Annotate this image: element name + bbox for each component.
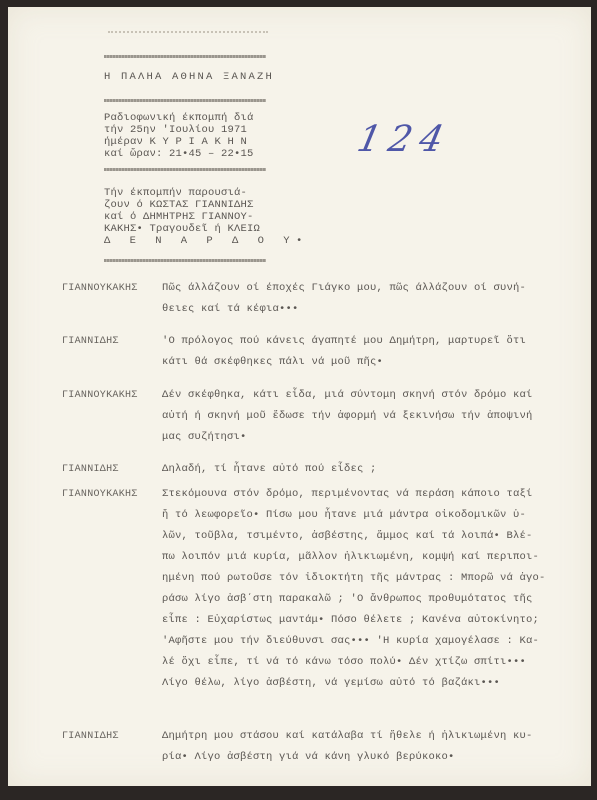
speaker-label: ΓΙΑΝΝΙΔΗΣ: [62, 336, 119, 347]
dialogue-line: Δημήτρη μου στάσου καί κατάλαβα τί ἤθελε…: [162, 730, 533, 742]
dialogue-line: λέ ὄχι εἶπε, τί νά τό κάνω τόσο πολύ• Δέ…: [162, 656, 526, 668]
speaker-label: ΓΙΑΝΝΙΔΗΣ: [62, 731, 119, 742]
dialogue-line: 'Ο πρόλογος πού κάνεις άγαπητέ μου Δημήτ…: [162, 335, 526, 347]
header-rule-bottom: [104, 259, 266, 262]
dialogue-line: κάτι θά σκέφθηκες πάλι νά μοῦ πῆς•: [162, 356, 383, 368]
dialogue-line: Λίγο θέλω, λίγο ἀσβέστη, νά γεμίσω αὐτό …: [162, 677, 500, 689]
presenters-line: Δ Ε Ν Α Ρ Δ Ο Υ•: [104, 235, 309, 247]
dialogue-line: Πῶς άλλάζουν οί έποχές Γιάγκο μου, πῶς ά…: [162, 282, 526, 294]
presenters-line: Τήν έκπομπήν παρουσιά-: [104, 187, 247, 199]
presenters-line: ΚΑΚΗΣ• Τραγουδεῖ ή ΚΛΕΙΩ: [104, 223, 260, 235]
dialogue-line: εἶπε : Εὐχαρίστως μαντάμ• Πόσο θέλετε ; …: [162, 614, 539, 626]
program-title: Η ΠΑΛΗΑ ΑΘΗΝΑ ΞΑΝΑΖΗ: [104, 71, 274, 83]
broadcast-info-line: καί ὥραν: 21•45 – 22•15: [104, 148, 254, 160]
presenters-line: καί ό ΔΗΜΗΤΡΗΣ ΓΙΑΝΝΟΥ-: [104, 211, 254, 223]
dialogue-line: ρία• Λίγο ἀσβέστη γιά νά κάνη γλυκό βερύ…: [162, 751, 455, 763]
broadcast-info-line: Ραδιοφωνική έκπομπή διά: [104, 112, 254, 124]
dialogue-line: Δηλαδή, τί ἦτανε αὐτό πού εἶδες ;: [162, 463, 377, 475]
speaker-label: ΓΙΑΝΝΙΔΗΣ: [62, 464, 119, 475]
header-rule-title: [104, 99, 266, 102]
dotted-divider: [108, 31, 268, 35]
typewritten-page: Η ΠΑΛΗΑ ΑΘΗΝΑ ΞΑΝΑΖΗ Ραδιοφωνική έκπομπή…: [8, 7, 591, 786]
header-rule-info: [104, 168, 266, 171]
broadcast-info-line: τήν 25ην 'Ιουλίου 1971: [104, 124, 247, 136]
dialogue-line: θειες καί τά κέφια•••: [162, 303, 299, 315]
dialogue-line: ημένη πού ρωτοῦσε τόν ἰδιοκτήτη τῆς μάντ…: [162, 572, 546, 584]
dialogue-line: πω λοιπόν μιά κυρία, μᾶλλον ἡλικιωμένη, …: [162, 551, 539, 563]
broadcast-info-line: ήμέραν Κ Υ Ρ Ι Α Κ Η Ν: [104, 136, 247, 148]
speaker-label: ΓΙΑΝΝΟΥΚΑΚΗΣ: [62, 283, 138, 294]
dialogue-line: Δέν σκέφθηκα, κάτι εἶδα, μιά σύντομη σκη…: [162, 389, 533, 401]
dialogue-line: μας συζήτησι•: [162, 431, 247, 443]
dialogue-line: λῶν, τοῦβλα, τσιμέντο, ἀσβέστης, ἄμμος κ…: [162, 530, 533, 542]
presenters-line: ζουν ό ΚΩΣΤΑΣ ΓΙΑΝΝΙΔΗΣ: [104, 199, 254, 211]
handwritten-page-number: 124: [354, 119, 455, 160]
dialogue-line: ἤ τό λεωφορεῖο• Πίσω μου ἦτανε μιά μάντρ…: [162, 509, 526, 521]
speaker-label: ΓΙΑΝΝΟΥΚΑΚΗΣ: [62, 390, 138, 401]
dialogue-line: 'Αφῆστε μου τήν διεύθυνσι σας••• 'Η κυρί…: [162, 635, 539, 647]
dialogue-line: ράσω λίγο ἀσβ΄στη παρακαλῶ ; 'Ο ἄνθρωπος…: [162, 593, 533, 605]
speaker-label: ΓΙΑΝΝΟΥΚΑΚΗΣ: [62, 489, 138, 500]
header-rule-top: [104, 55, 266, 58]
dialogue-line: Στεκόμουνα στόν δρόμο, περιμένοντας νά π…: [162, 488, 533, 500]
dialogue-line: αὐτή ή σκηνή μοῦ ἔδωσε τήν ἀφορμή νά ξεκ…: [162, 410, 533, 422]
